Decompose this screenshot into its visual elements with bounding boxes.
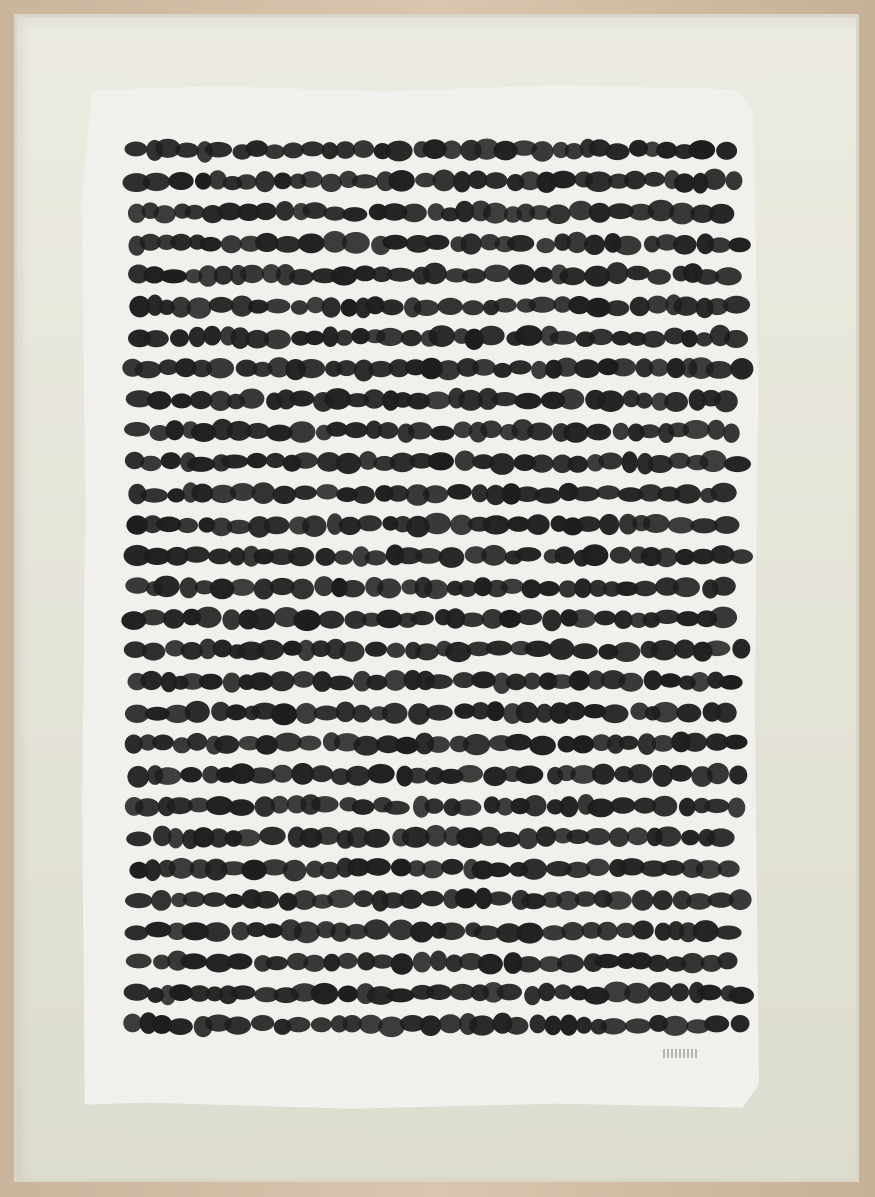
artist-signature xyxy=(663,1049,697,1058)
ink-dot-rows xyxy=(0,0,875,1197)
